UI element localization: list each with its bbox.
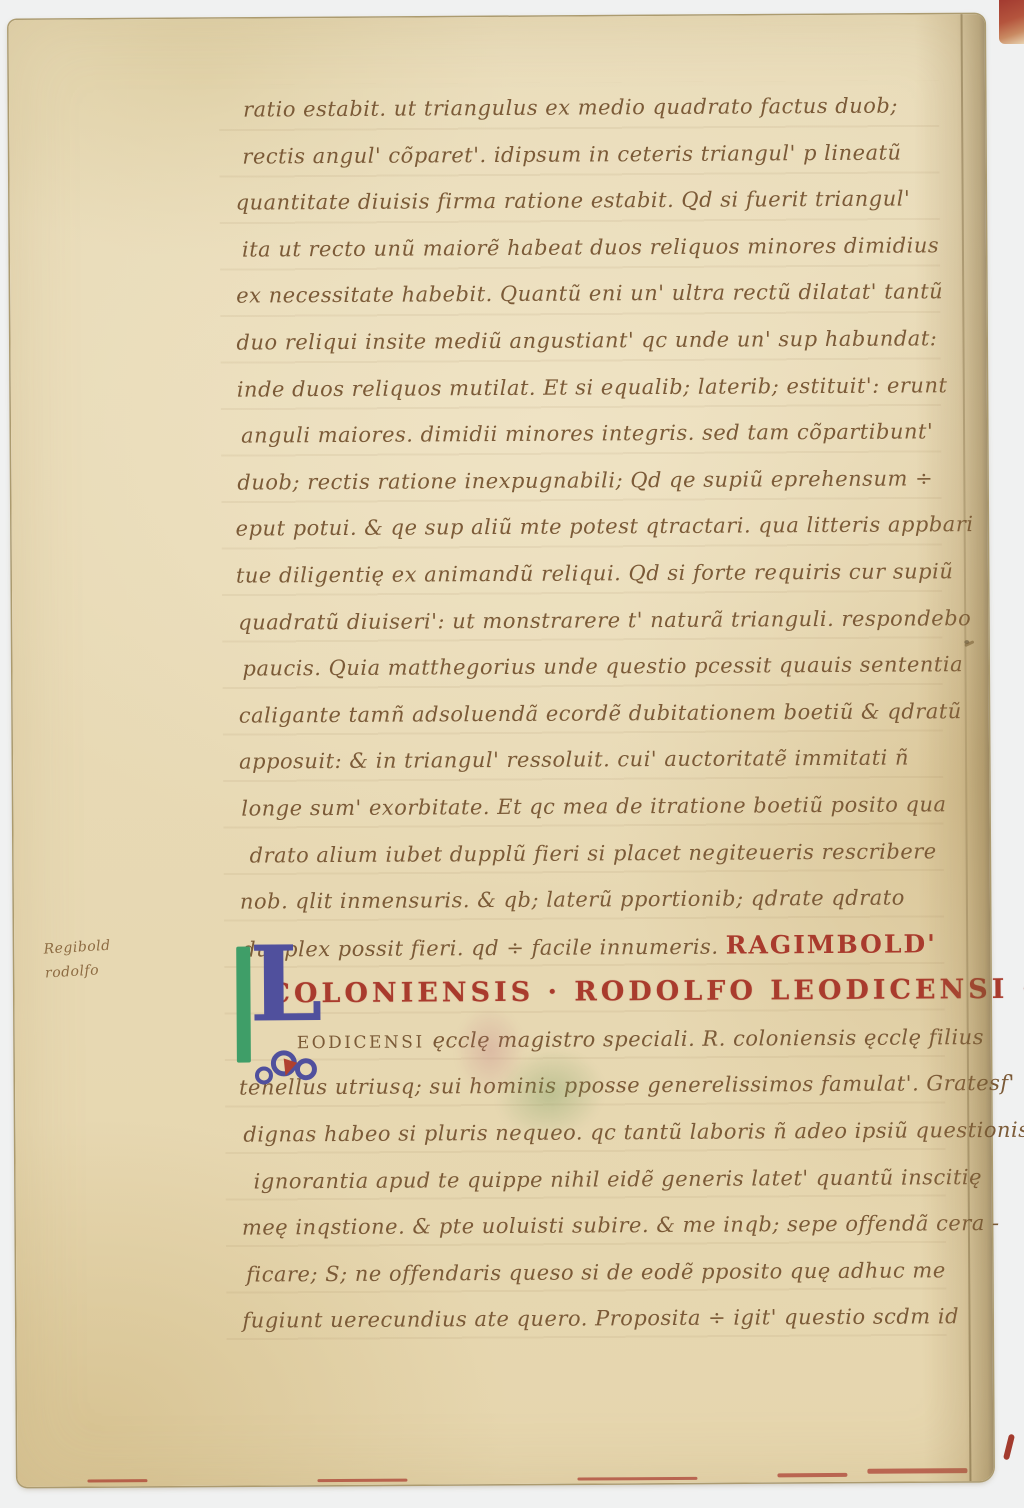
page-edge-mark	[777, 1473, 847, 1477]
body-text: tenellus utriusq; sui hominis pposse gen…	[239, 1071, 1015, 1100]
body-text: ratio estabit. ut triangulus ex medio qu…	[243, 94, 898, 122]
body-text: tue diligentię ex animandũ reliqui. Qd s…	[236, 559, 954, 587]
body-text: inde duos reliquos mutilat. Et si equali…	[237, 373, 948, 401]
text-line: longe sum' exorbitate. Et qc mea de itra…	[237, 781, 937, 832]
margin-note-line1: Regibold	[43, 934, 111, 962]
body-text: paucis. Quia matthegorius unde questio p…	[242, 652, 963, 680]
text-line: COLONIENSIS · RODOLFO LEODICENSI ·	[238, 968, 938, 1019]
parchment-page: ratio estabit. ut triangulus ex medio qu…	[9, 14, 994, 1487]
body-text: fugiunt uerecundius ate quero. Proposita…	[242, 1305, 959, 1333]
text-line: duo reliqui insite mediũ angustiant' qc …	[234, 315, 934, 366]
body-text: longe sum' exorbitate. Et qc mea de itra…	[241, 792, 946, 820]
body-text: apposuit: & in triangul' ressoluit. cui'…	[239, 746, 909, 774]
text-line: ficare; S; ne offendaris queso si de eod…	[240, 1247, 940, 1298]
body-text: ex necessitate habebit. Quantũ eni un' u…	[236, 280, 943, 308]
rubric-text: COLONIENSIS · RODOLFO LEODICENSI ·	[268, 974, 1024, 1010]
body-text: ita ut recto unũ maiorẽ habeat duos reli…	[242, 233, 939, 261]
body-text: meę inqstione. & pte uoluisti subire. & …	[242, 1211, 1000, 1240]
margin-note-line2: rodolfo	[44, 958, 112, 986]
body-text: duob; rectis ratione inexpugnabili; Qd q…	[237, 466, 933, 494]
rubric-text: RAGIMBOLD'	[726, 929, 937, 959]
page-edge-mark	[87, 1479, 147, 1482]
text-line: caligante tamñ adsoluendã ecordẽ dubitat…	[237, 688, 937, 739]
body-text: dignas habeo si pluris nequeo. qc tantũ …	[243, 1118, 1024, 1147]
text-line: ratio estabit. ut triangulus ex medio qu…	[233, 82, 933, 133]
text-line: apposuit: & in triangul' ressoluit. cui'…	[237, 735, 937, 786]
text-line: inde duos reliquos mutilat. Et si equali…	[235, 362, 935, 413]
body-text: eput potui. & qe sup aliũ mte potest qtr…	[236, 512, 974, 541]
gutter-shadow	[915, 14, 994, 1481]
body-text: ignorantia apud te quippe nihil eidẽ gen…	[254, 1165, 983, 1193]
body-text: quadratũ diuiseri': ut monstrarere t' na…	[238, 606, 971, 634]
text-line: EODICENSI ęcclę magistro speciali. R. co…	[239, 1014, 939, 1065]
text-line: nob. qlit inmensuris. & qb; laterũ pport…	[238, 874, 938, 925]
text-line: dupplex possit fieri. qd ÷ facile innume…	[238, 921, 938, 972]
initial-flourish	[295, 1058, 317, 1080]
body-text: drato alium iubet dupplũ fieri si placet…	[250, 839, 937, 867]
initial-flourish	[255, 1066, 273, 1084]
text-line: anguli maiores. dimidii minores integris…	[235, 408, 935, 459]
body-text: quantitate diuisis firma ratione estabit…	[236, 187, 911, 215]
text-line: quantitate diuisis firma ratione estabit…	[234, 176, 934, 227]
text-line: meę inqstione. & pte uoluisti subire. & …	[240, 1201, 940, 1252]
page-edge-mark	[577, 1477, 697, 1481]
text-line: eput potui. & qe sup aliũ mte potest qtr…	[236, 502, 936, 553]
binding-edge-mark	[1003, 1434, 1015, 1461]
page-edge-mark	[317, 1479, 407, 1483]
text-line: duob; rectis ratione inexpugnabili; Qd q…	[235, 455, 935, 506]
text-line: paucis. Quia matthegorius unde questio p…	[236, 641, 936, 692]
text-line: drato alium iubet dupplũ fieri si placet…	[237, 828, 937, 879]
body-text: anguli maiores. dimidii minores integris…	[241, 420, 933, 448]
text-line: ita ut recto unũ maiorẽ habeat duos reli…	[234, 222, 934, 273]
text-line: fugiunt uerecundius ate quero. Proposita…	[240, 1294, 940, 1345]
manuscript-text-block: ratio estabit. ut triangulus ex medio qu…	[233, 82, 941, 1344]
text-line: quadratũ diuiseri': ut monstrarere t' na…	[236, 595, 936, 646]
body-text: rectis angul' cõparet'. idipsum in ceter…	[242, 140, 901, 168]
body-text: caligante tamñ adsoluendã ecordẽ dubitat…	[239, 699, 962, 727]
text-line: tue diligentię ex animandũ reliqui. Qd s…	[236, 548, 936, 599]
page-background: { "document": { "initial_letter": "L", "…	[0, 0, 1024, 1508]
initial-letter: L	[249, 924, 323, 1044]
decorated-initial-L: L	[236, 938, 327, 1089]
body-text: nob. qlit inmensuris. & qb; laterũ pport…	[240, 886, 905, 914]
body-text: ficare; S; ne offendaris queso si de eod…	[246, 1258, 946, 1286]
text-line: ex necessitate habebit. Quantũ eni un' u…	[234, 269, 934, 320]
margin-note: Regibold rodolfo	[43, 934, 113, 986]
text-line: rectis angul' cõparet'. idipsum in ceter…	[233, 129, 933, 180]
text-line: ignorantia apud te quippe nihil eidẽ gen…	[239, 1154, 939, 1205]
body-text: duo reliqui insite mediũ angustiant' qc …	[236, 326, 937, 354]
binding-corner	[999, 0, 1024, 44]
